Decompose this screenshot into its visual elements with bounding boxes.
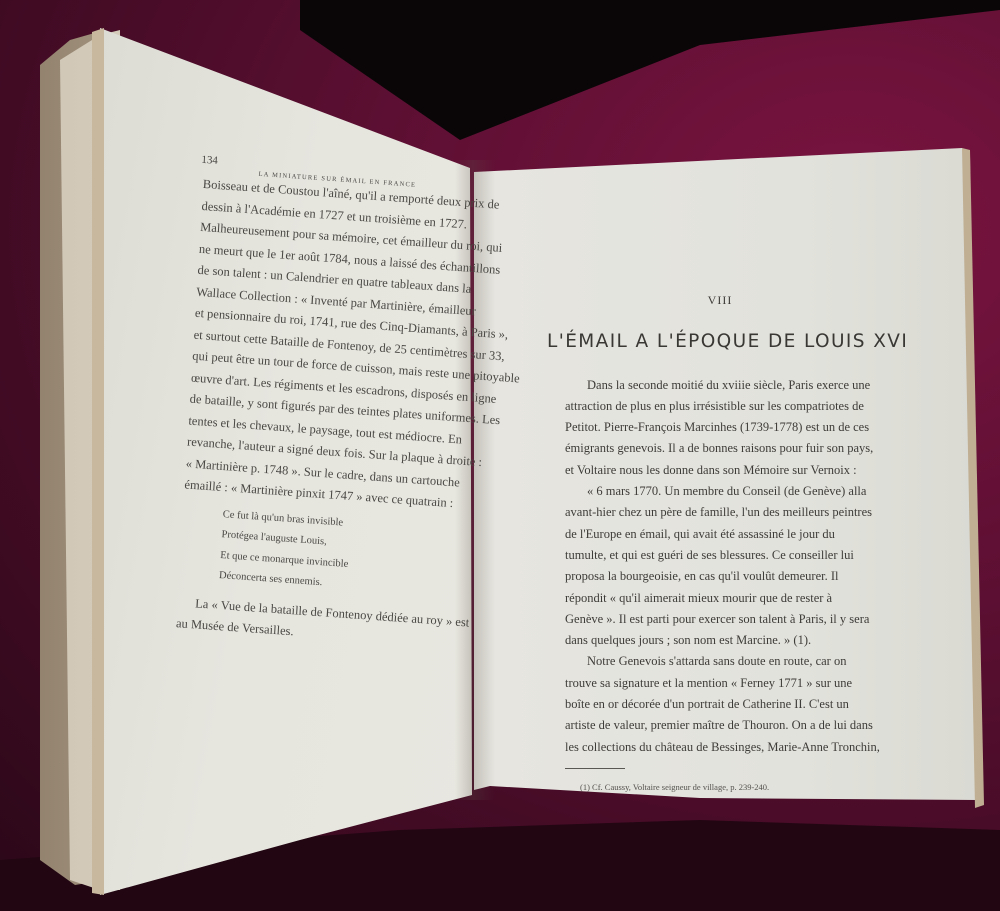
text-line: et Voltaire nous les donne dans son Mémo… — [565, 460, 885, 481]
text-line: les collections du château de Bessinges,… — [565, 737, 885, 758]
footnote: (1) Cf. Caussy, Voltaire seigneur de vil… — [565, 777, 885, 798]
quote-line: tumulte, et qui est guéri de ses blessur… — [565, 545, 885, 566]
text-line: artiste de valeur, premier maître de Tho… — [565, 715, 885, 736]
page-number: 134 — [201, 150, 219, 173]
text-line: trouve sa signature et la mention « Fern… — [565, 673, 885, 694]
quatrain: Ce fut là qu'un bras invisible Protégea … — [218, 505, 447, 603]
quote-line: avant-hier chez un père de famille, l'un… — [565, 502, 885, 523]
text-line: Petitot. Pierre-François Marcinhes (1739… — [565, 417, 885, 438]
photo-scene: 134 La miniature sur émail en France Boi… — [0, 0, 1000, 911]
quote-line: répondit « qu'il aimerait mieux mourir q… — [565, 588, 885, 609]
footnote-rule — [565, 768, 625, 769]
quote-line: proposa la bourgeoisie, en cas qu'il vou… — [565, 566, 885, 587]
quote-line: « 6 mars 1770. Un membre du Conseil (de … — [565, 481, 885, 502]
text-line: Notre Genevois s'attarda sans doute en r… — [565, 651, 885, 672]
chapter-title: L'ÉMAIL A L'ÉPOQUE DE LOUIS XVI — [547, 331, 885, 352]
right-page-text: VIII L'ÉMAIL A L'ÉPOQUE DE LOUIS XVI Dan… — [565, 290, 885, 798]
text-line: émigrants genevois. Il a de bonnes raiso… — [565, 438, 885, 459]
chapter-number: VIII — [555, 290, 885, 311]
quote-line: Genève ». Il est parti pour exercer son … — [565, 609, 885, 630]
quote-line: de l'Europe en émail, qui avait été assa… — [565, 524, 885, 545]
text-line: boîte en or décorée d'un portrait de Cat… — [565, 694, 885, 715]
text-line: attraction de plus en plus irrésistible … — [565, 396, 885, 417]
text-line: Dans la seconde moitié du xviiie siècle,… — [565, 375, 885, 396]
quote-line: dans quelques jours ; son nom est Marcin… — [565, 630, 885, 651]
left-page-body: Boisseau et de Coustou l'aîné, qu'il a r… — [175, 174, 468, 653]
